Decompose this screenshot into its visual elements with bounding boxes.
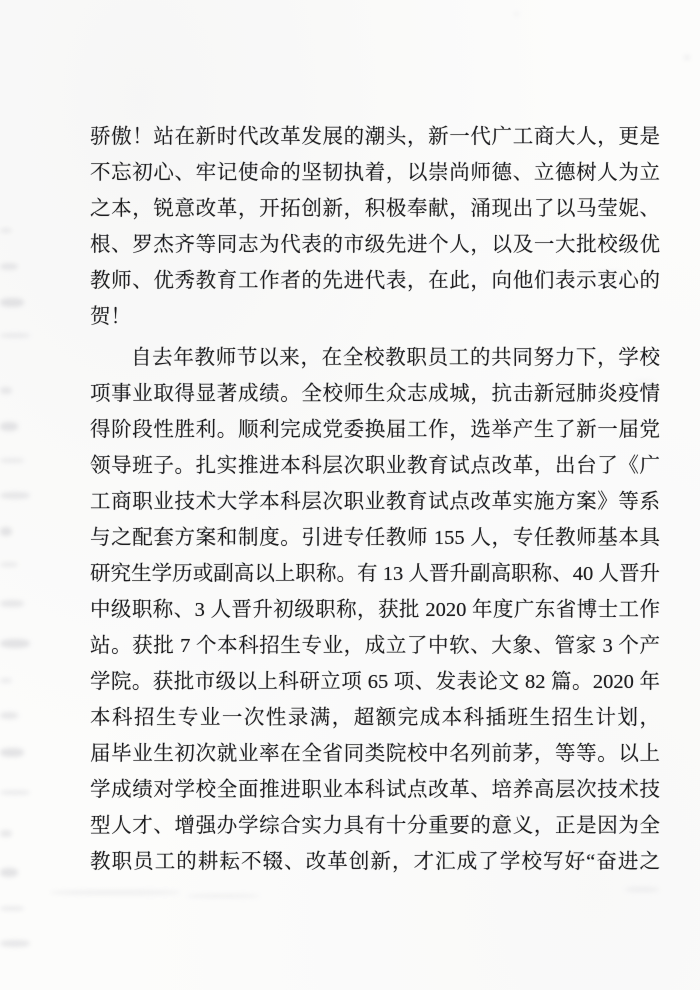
scan-smudge: [0, 263, 18, 270]
text-line: 自去年教师节以来，在全校教职员工的共同努力下，学校各: [90, 340, 660, 376]
scan-smudge: [0, 906, 24, 911]
text-line: 研究生学历或副高以上职称。有 13 人晋升副高职称、40 人晋升: [90, 556, 660, 592]
text-line: 工商职业技术大学本科层次职业教育试点改革实施方案》等系列: [90, 484, 660, 520]
scan-smudge: [0, 228, 12, 233]
text-line: 领导班子。扎实推进本科层次职业教育试点改革，出台了《广东: [90, 448, 660, 484]
text-line: 届毕业生初次就业率在全省同类院校中名列前茅，等等。以上办: [90, 736, 660, 772]
scan-smudge: [0, 562, 18, 567]
scan-smudge: [187, 894, 259, 898]
text-line: 教职员工的耕耘不辍、改革创新，才汇成了学校写好“奋进之笔”: [90, 844, 660, 880]
scan-smudge: [0, 639, 30, 648]
scan-smudge: [0, 940, 30, 947]
text-line: 之本，锐意改革，开拓创新，积极奉献，涌现出了以马莹妮、李: [90, 191, 660, 227]
text-line: 型人才、增强办学综合实力具有十分重要的意义，正是因为全校: [90, 808, 660, 844]
paragraph-1: 骄傲！站在新时代改革发展的潮头，新一代广工商大人，更是以 不忘初心、牢记使命的坚…: [90, 119, 660, 335]
scan-smudge: [50, 890, 180, 895]
text-line: 教师、优秀教育工作者的先进代表，在此，向他们表示衷心的祝: [90, 263, 660, 299]
scan-smudge: [0, 333, 30, 338]
scan-smudge: [0, 458, 24, 463]
scan-smudge: [0, 422, 18, 431]
text-line: 不忘初心、牢记使命的坚韧执着，以崇尚师德、立德树人为立教: [90, 155, 660, 191]
scan-smudge: [0, 790, 30, 795]
scan-smudge: [514, 12, 519, 16]
scan-smudge: [0, 527, 12, 536]
scan-smudge: [0, 678, 12, 683]
scan-smudge: [0, 492, 30, 499]
scan-smudge: [0, 868, 18, 877]
scan-smudge: [0, 748, 24, 757]
text-line: 站。获批 7 个本科招生专业，成立了中软、大象、管家 3 个产业: [90, 628, 660, 664]
text-line: 本科招生专业一次性录满，超额完成本科插班生招生计划，2020: [90, 700, 660, 736]
text-line: 根、罗杰齐等同志为代表的市级先进个人，以及一大批校级优秀: [90, 227, 660, 263]
scan-smudge: [684, 55, 690, 60]
document-body-text: 骄傲！站在新时代改革发展的潮头，新一代广工商大人，更是以 不忘初心、牢记使命的坚…: [90, 119, 660, 880]
text-line: 得阶段性胜利。顺利完成党委换届工作，选举产生了新一届党委: [90, 412, 660, 448]
scan-smudge: [0, 712, 18, 719]
text-line: 贺！: [90, 299, 660, 335]
text-line: 学成绩对学校全面推进职业本科试点改革、培养高层次技术技能: [90, 772, 660, 808]
scan-smudge: [625, 887, 659, 892]
text-line: 中级职称、3 人晋升初级职称，获批 2020 年度广东省博士工作: [90, 592, 660, 628]
scan-smudge: [0, 298, 24, 307]
text-line: 与之配套方案和制度。引进专任教师 155 人，专任教师基本具有: [90, 520, 660, 556]
text-line: 骄傲！站在新时代改革发展的潮头，新一代广工商大人，更是以: [90, 119, 660, 155]
text-line: 学院。获批市级以上科研立项 65 项、发表论文 82 篇。2020 年: [90, 664, 660, 700]
scan-smudge: [0, 830, 12, 837]
scan-smudge: [0, 387, 12, 394]
scanned-document-page: 骄傲！站在新时代改革发展的潮头，新一代广工商大人，更是以 不忘初心、牢记使命的坚…: [0, 0, 700, 990]
scan-smudge: [0, 600, 24, 607]
paragraph-2: 自去年教师节以来，在全校教职员工的共同努力下，学校各 项事业取得显著成绩。全校师…: [90, 340, 660, 880]
text-line: 项事业取得显著成绩。全校师生众志成城，抗击新冠肺炎疫情取: [90, 376, 660, 412]
